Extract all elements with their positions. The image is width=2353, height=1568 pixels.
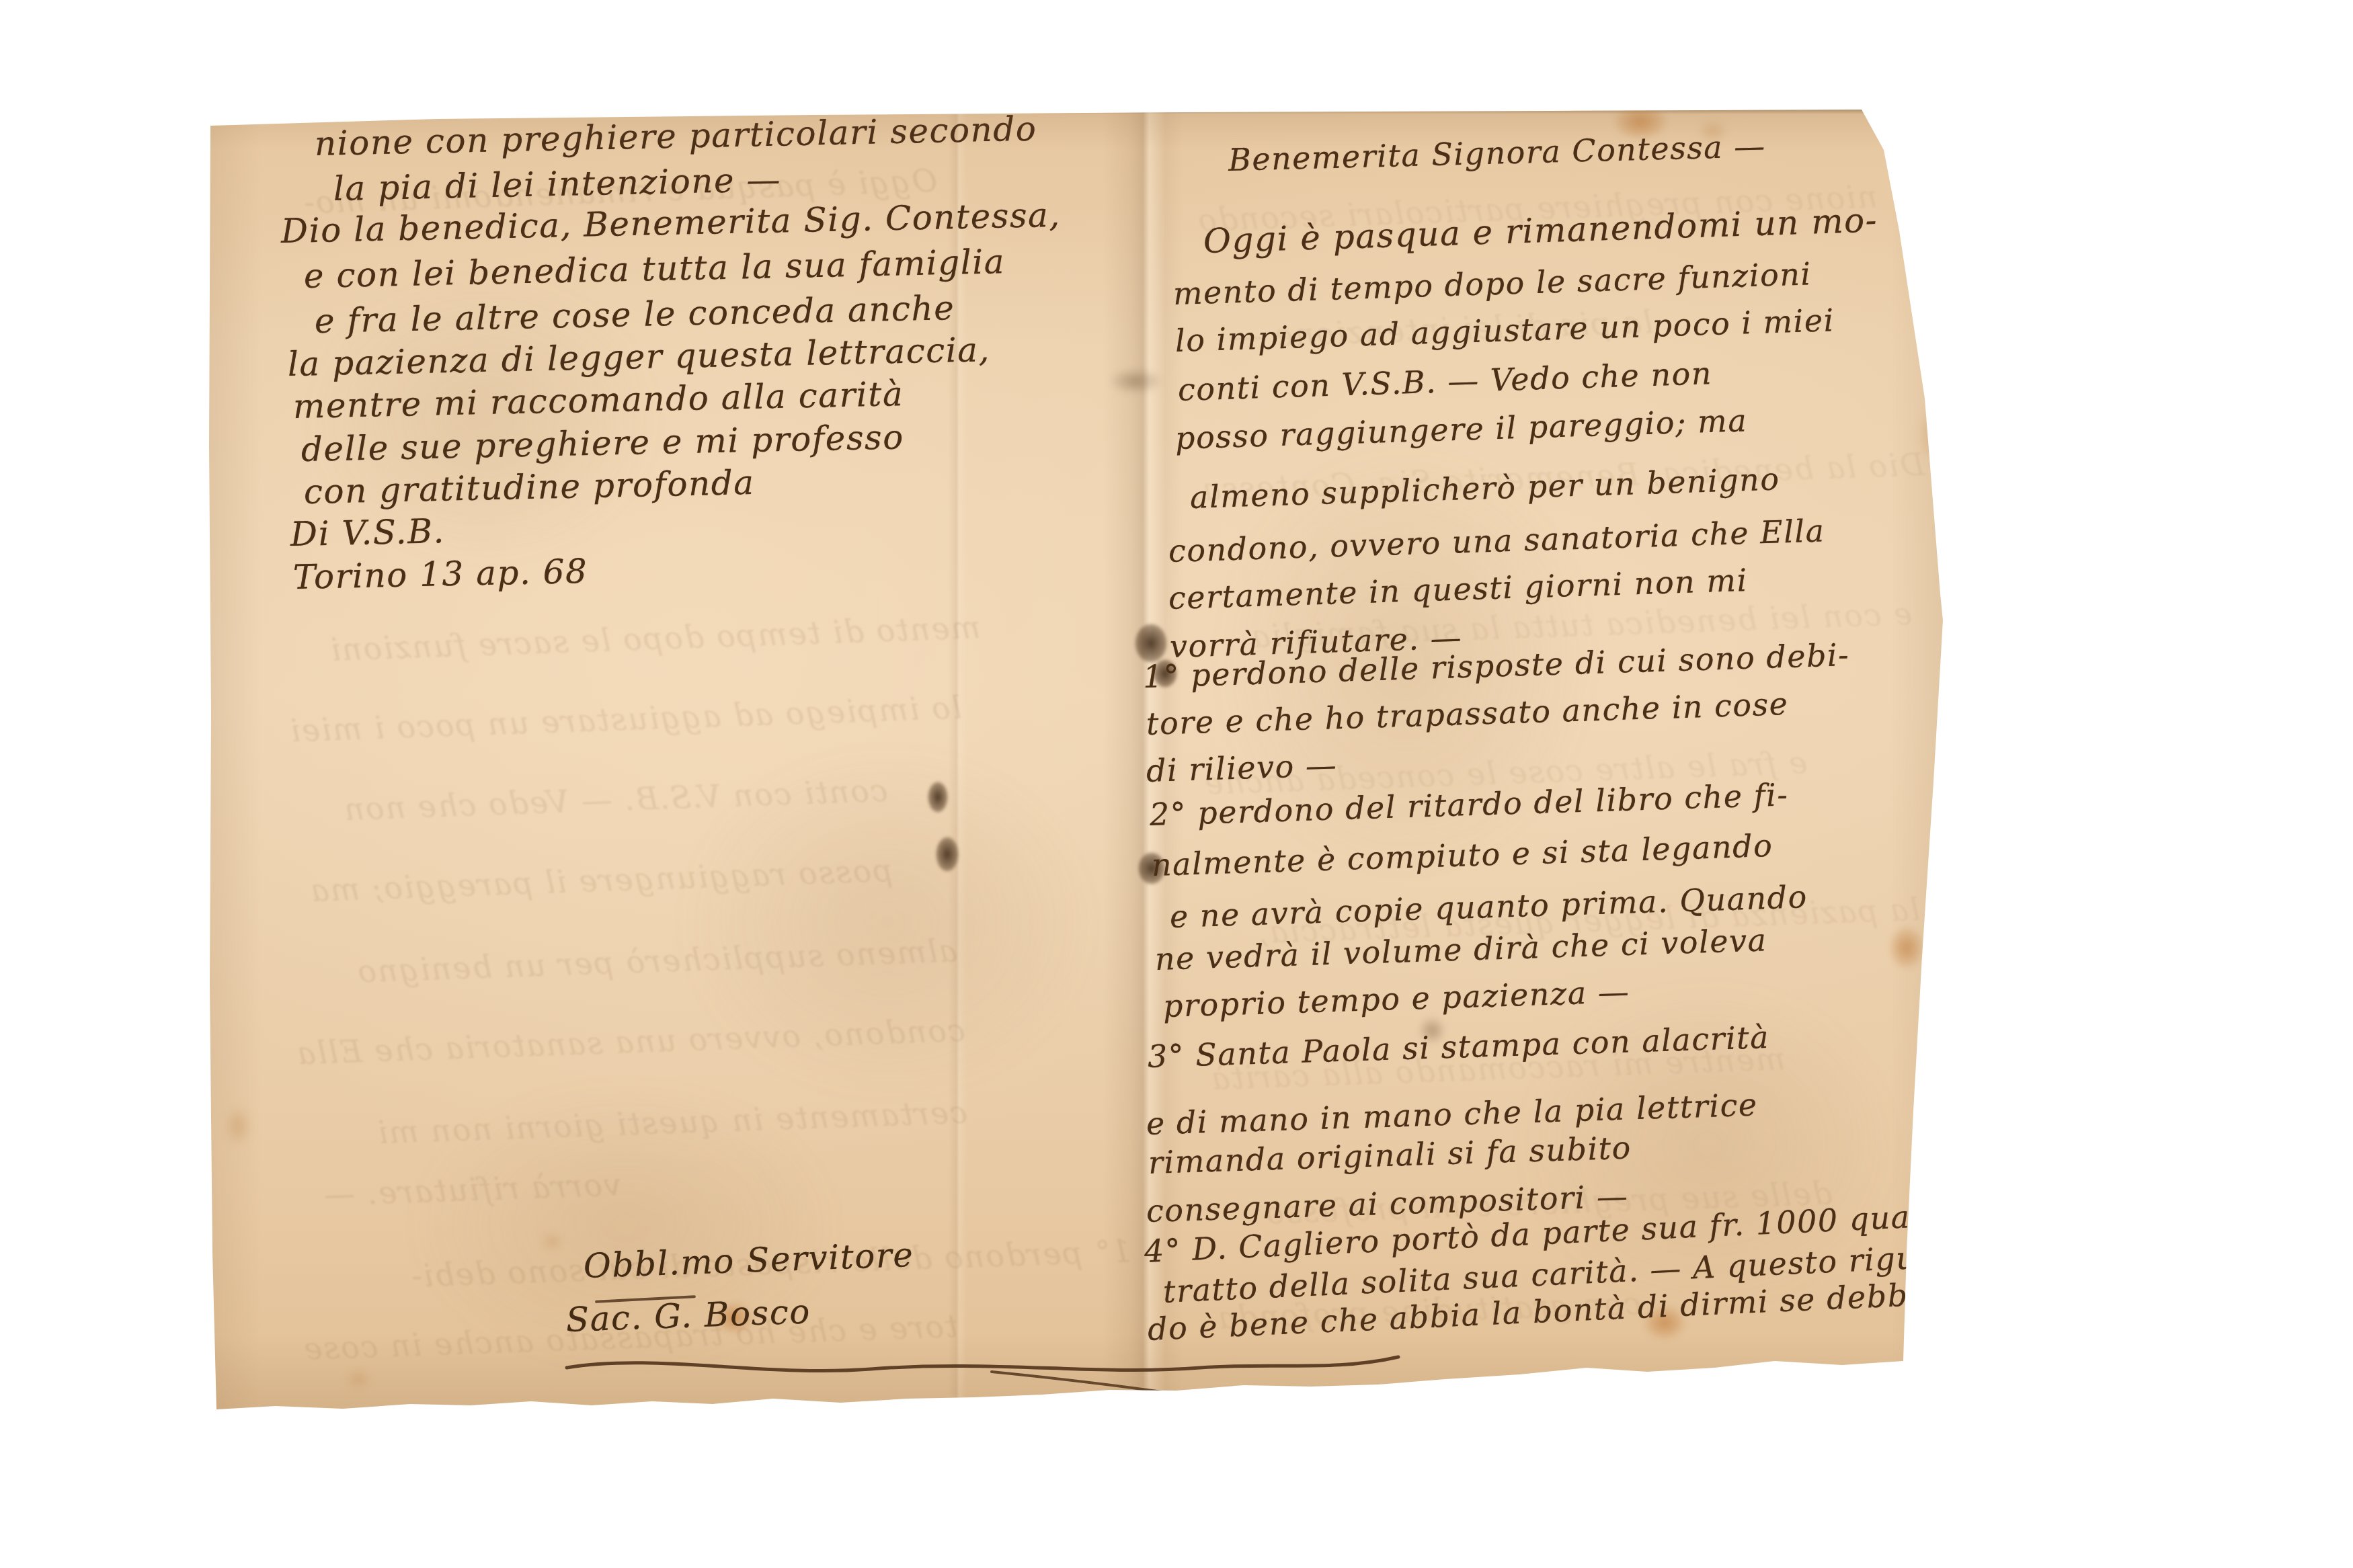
manuscript-line: posso raggiungere il pareggio; ma — [1174, 402, 1748, 456]
manuscript-line: lo impiego ad aggiustare un poco i miei — [1174, 302, 1835, 359]
manuscript-line: almeno supplicherò per un benigno — [1189, 460, 1780, 515]
manuscript-line: mento di tempo dopo le sacre funzioni — [1172, 255, 1812, 312]
letter-sheet: Oggi è pasqua e rimanendomi un mo- mento… — [208, 110, 1943, 1413]
salutation-line: Benemerita Signora Contessa — — [1228, 128, 1766, 178]
manuscript-line: condono, ovvero una sanatoria che Ella — [1168, 512, 1825, 569]
manuscript-line: tore e che ho trapassato anche in cose — [1146, 686, 1789, 742]
manuscript-line: di rilievo — — [1146, 747, 1338, 789]
manuscript-line: proprio tempo e pazienza — — [1162, 973, 1630, 1024]
manuscript-line: nalmente è compiuto e si sta legando — [1151, 827, 1773, 883]
manuscript-line: conti con V.S.B. — Vedo che non — [1177, 355, 1713, 408]
photo-backdrop: Oggi è pasqua e rimanendomi un mo- mento… — [0, 0, 2353, 1568]
manuscript-line: 3° Santa Paola si stampa con alacrità — [1147, 1019, 1770, 1075]
manuscript-line: Oggi è pasqua e rimanendomi un mo- — [1203, 200, 1878, 260]
right-page: nione con preghiere particolari secondo … — [208, 110, 1943, 1413]
manuscript-line: certamente in questi giorni non mi — [1168, 562, 1748, 616]
manuscript-line: e di mano in mano che la pia lettrice — [1146, 1086, 1758, 1142]
